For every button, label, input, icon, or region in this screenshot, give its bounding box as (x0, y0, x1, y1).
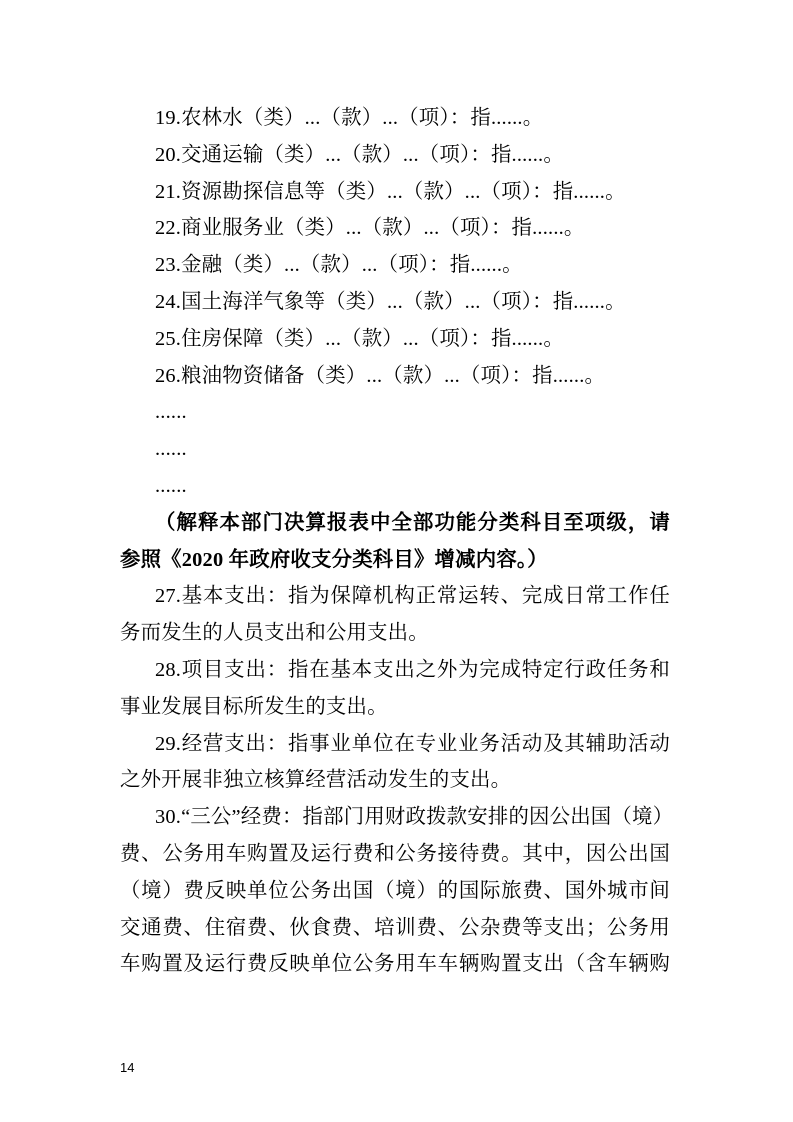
text-line: 20.交通运输（类）...（款）...（项）：指......。 (120, 137, 670, 174)
text-line: 29.经营支出：指事业单位在专业业务活动及其辅助活动 (120, 726, 670, 763)
text-line: （解释本部门决算报表中全部功能分类科目至项级，请 (120, 505, 670, 542)
text-line: 23.金融（类）...（款）...（项）：指......。 (120, 247, 670, 284)
text-line: 事业发展目标所发生的支出。 (120, 689, 670, 726)
text-line: 21.资源勘探信息等（类）...（款）...（项）：指......。 (120, 174, 670, 211)
text-line: 30.“三公”经费：指部门用财政拨款安排的因公出国（境） (120, 799, 670, 836)
text-line: 费、公务用车购置及运行费和公务接待费。其中，因公出国 (120, 836, 670, 873)
text-line: 26.粮油物资储备（类）...（款）...（项）：指......。 (120, 358, 670, 395)
document-page: 19.农林水（类）...（款）...（项）：指......。20.交通运输（类）… (0, 0, 793, 1122)
text-line: 之外开展非独立核算经营活动发生的支出。 (120, 762, 670, 799)
page-number: 14 (120, 1060, 134, 1076)
text-line: 19.农林水（类）...（款）...（项）：指......。 (120, 100, 670, 137)
text-line: 车购置及运行费反映单位公务用车车辆购置支出（含车辆购 (120, 946, 670, 983)
text-line: 22.商业服务业（类）...（款）...（项）：指......。 (120, 210, 670, 247)
text-line: ...... (120, 468, 670, 505)
text-line: ...... (120, 394, 670, 431)
text-line: 24.国土海洋气象等（类）...（款）...（项）：指......。 (120, 284, 670, 321)
text-line: 25.住房保障（类）...（款）...（项）：指......。 (120, 321, 670, 358)
text-line: ...... (120, 431, 670, 468)
document-body: 19.农林水（类）...（款）...（项）：指......。20.交通运输（类）… (120, 100, 670, 983)
text-line: 参照《2020 年政府收支分类科目》增减内容。） (120, 542, 670, 579)
text-line: （境）费反映单位公务出国（境）的国际旅费、国外城市间 (120, 873, 670, 910)
text-line: 27.基本支出：指为保障机构正常运转、完成日常工作任 (120, 578, 670, 615)
text-line: 28.项目支出：指在基本支出之外为完成特定行政任务和 (120, 652, 670, 689)
text-line: 交通费、住宿费、伙食费、培训费、公杂费等支出；公务用 (120, 910, 670, 947)
text-line: 务而发生的人员支出和公用支出。 (120, 615, 670, 652)
